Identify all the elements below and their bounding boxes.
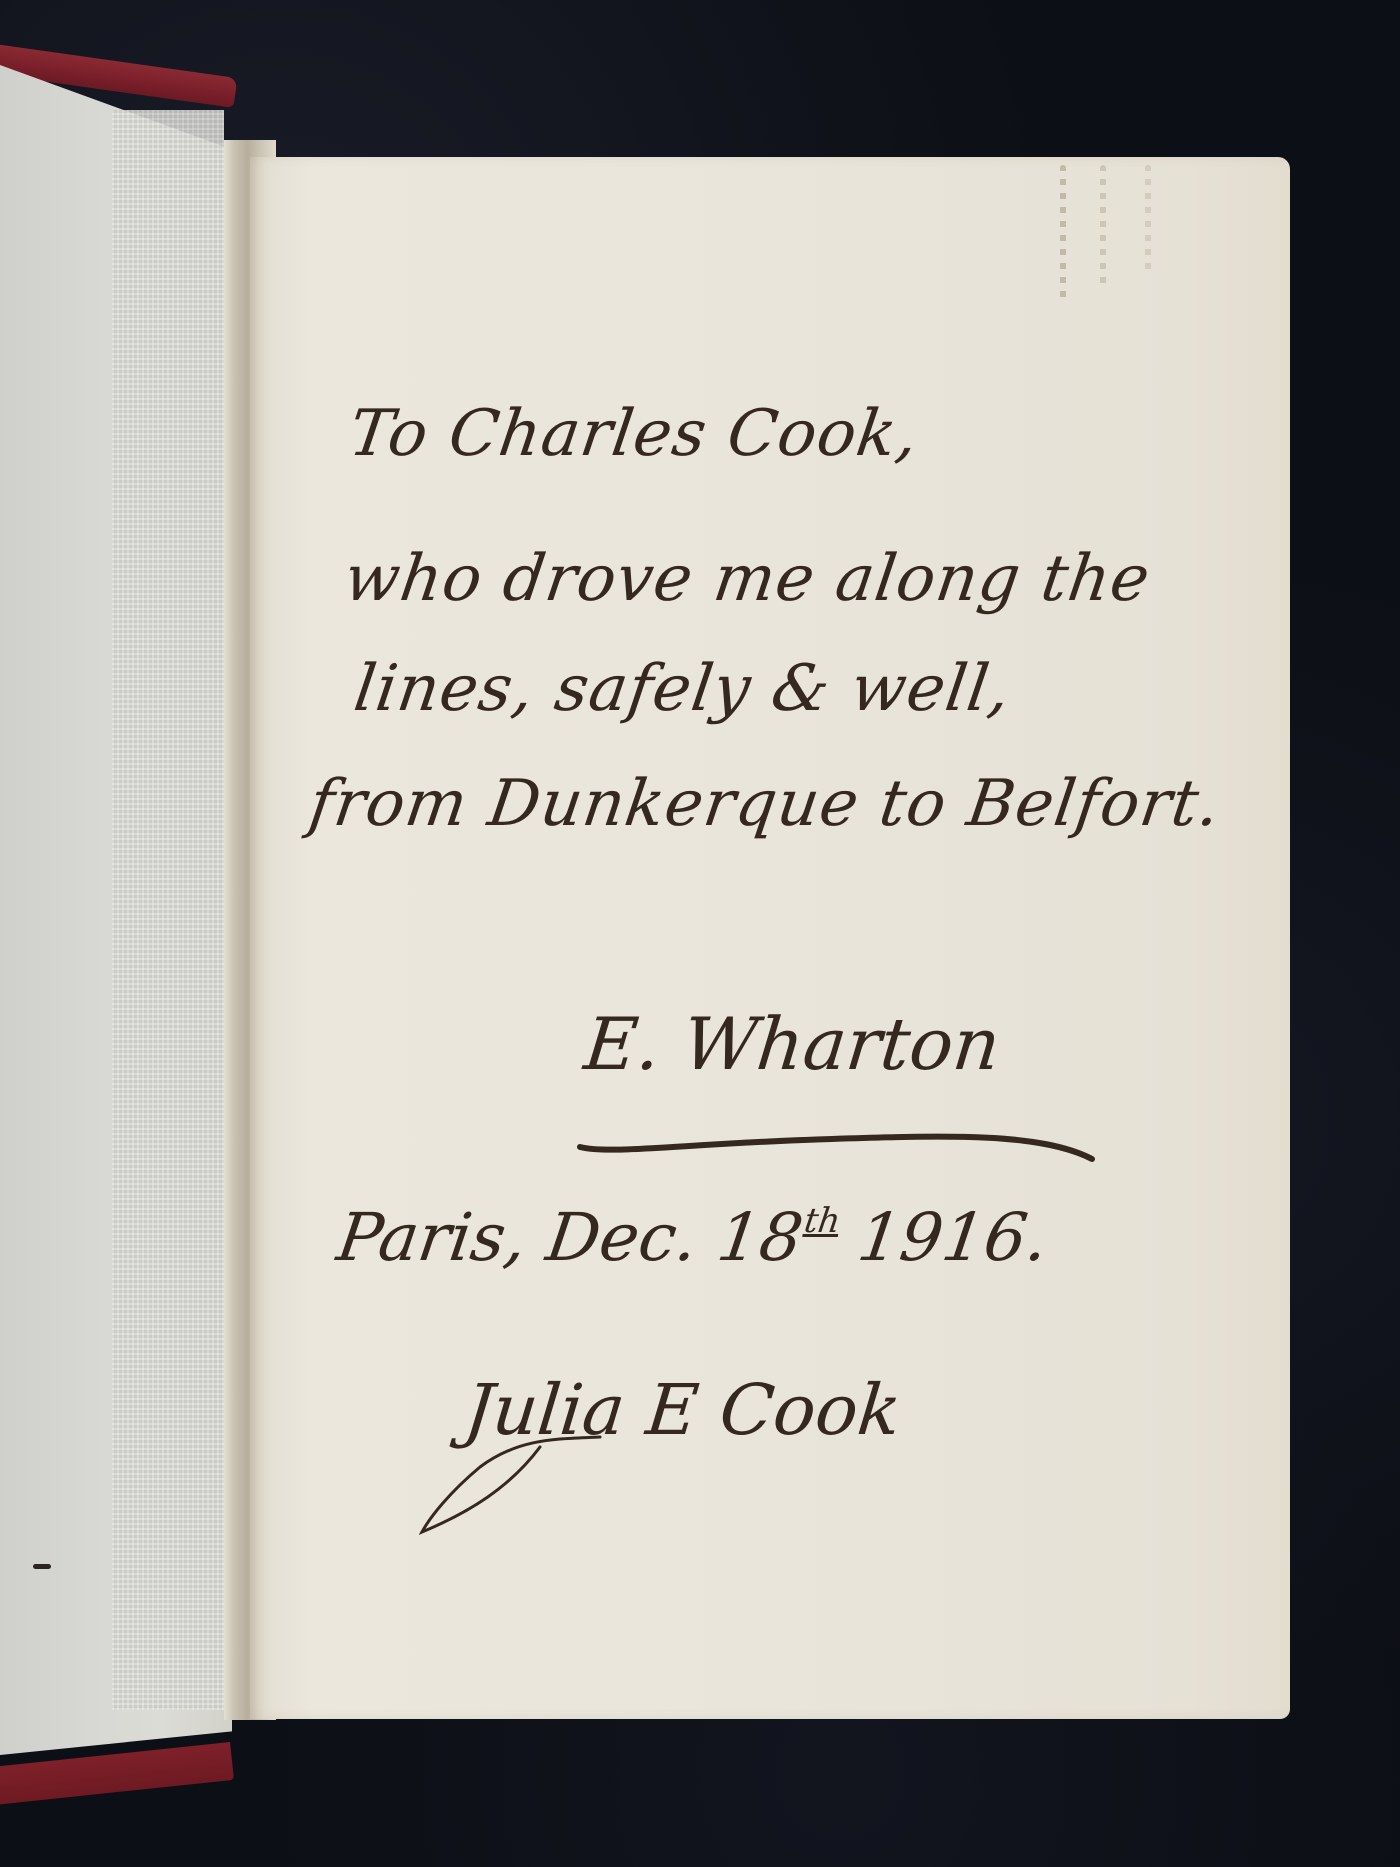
date-ordinal: th bbox=[802, 1201, 843, 1241]
inscription-line-3: lines, safely & well, bbox=[350, 652, 1016, 726]
date-place: Paris, Dec. 18 bbox=[333, 1199, 808, 1276]
handwritten-inscription: To Charles Cook, who drove me along the … bbox=[250, 157, 1290, 1719]
inscription-line-4: from Dunkerque to Belfort. bbox=[305, 767, 1225, 841]
signature-wharton: E. Wharton bbox=[581, 1002, 1005, 1086]
hinge-mull-cloth bbox=[112, 110, 224, 1710]
inscription-line-2: who drove me along the bbox=[340, 542, 1155, 616]
date-year: 1916. bbox=[832, 1199, 1053, 1276]
signature-underline-flourish bbox=[572, 1125, 1102, 1165]
book-photo: To Charles Cook, who drove me along the … bbox=[0, 0, 1400, 1867]
ink-mark bbox=[33, 1564, 51, 1569]
red-cloth-binding-bottom bbox=[0, 1742, 234, 1806]
endpaper-page: To Charles Cook, who drove me along the … bbox=[250, 157, 1290, 1719]
signature-julia-cook: Julia E Cook bbox=[461, 1369, 905, 1451]
inscription-line-1: To Charles Cook, bbox=[345, 397, 924, 471]
inscription-date: Paris, Dec. 18th 1916. bbox=[333, 1199, 1053, 1276]
